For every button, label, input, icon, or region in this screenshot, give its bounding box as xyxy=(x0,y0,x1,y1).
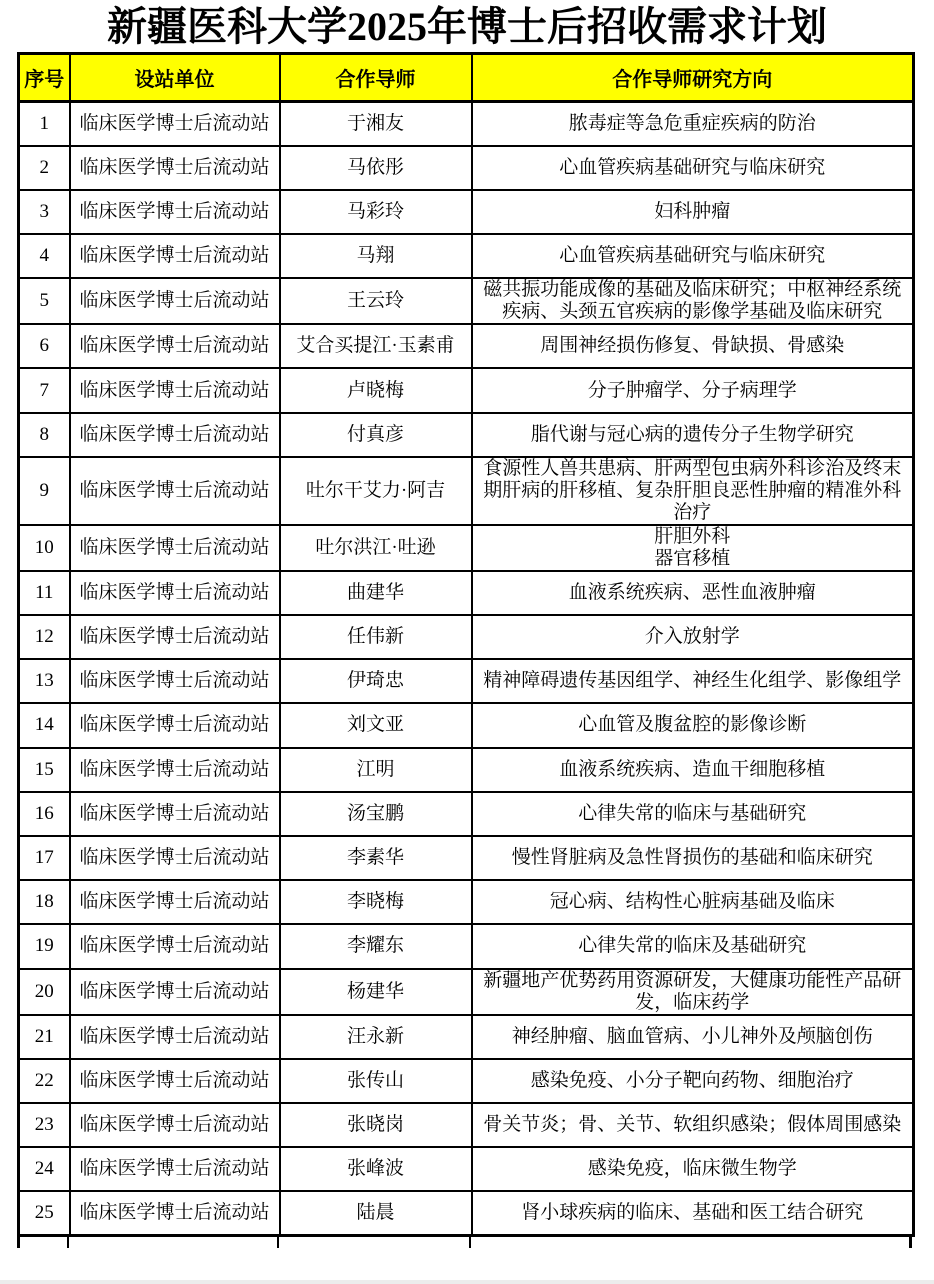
page-title: 新疆医科大学2025年博士后招收需求计划 xyxy=(0,0,934,50)
table-row: 12 临床医学博士后流动站 任伟新 介入放射学 xyxy=(19,615,914,659)
table-row: 19 临床医学博士后流动站 李耀东 心律失常的临床及基础研究 xyxy=(19,924,914,968)
row-number-cell: 5 xyxy=(19,278,70,324)
mentor-cell: 陆晨 xyxy=(280,1191,472,1235)
research-direction-cell: 食源性人兽共患病、肝两型包虫病外科诊治及终末期肝病的肝移植、复杂肝胆良恶性肿瘤的… xyxy=(472,457,914,525)
table-body: 1 临床医学博士后流动站 于湘友 脓毒症等急危重症疾病的防治 2 临床医学博士后… xyxy=(19,102,914,1236)
station-unit-cell: 临床医学博士后流动站 xyxy=(70,1147,280,1191)
station-unit-cell: 临床医学博士后流动站 xyxy=(70,190,280,234)
table-row: 10 临床医学博士后流动站 吐尔洪江·吐逊 肝胆外科 器官移植 xyxy=(19,525,914,571)
station-unit-cell: 临床医学博士后流动站 xyxy=(70,525,280,571)
next-row-partial xyxy=(17,1237,912,1248)
row-number-cell: 21 xyxy=(19,1015,70,1059)
research-direction-cell: 妇科肿瘤 xyxy=(472,190,914,234)
mentor-cell: 吐尔洪江·吐逊 xyxy=(280,525,472,571)
table-row: 21 临床医学博士后流动站 汪永新 神经肿瘤、脑血管病、小儿神外及颅脑创伤 xyxy=(19,1015,914,1059)
station-unit-cell: 临床医学博士后流动站 xyxy=(70,324,280,368)
table-left-border-stub xyxy=(17,1237,20,1248)
mentor-cell: 刘文亚 xyxy=(280,703,472,747)
mentor-cell: 张晓岗 xyxy=(280,1103,472,1147)
station-unit-cell: 临床医学博士后流动站 xyxy=(70,969,280,1015)
station-unit-cell: 临床医学博士后流动站 xyxy=(70,1103,280,1147)
mentor-cell: 李素华 xyxy=(280,836,472,880)
mentor-cell: 卢晓梅 xyxy=(280,368,472,412)
mentor-cell: 汪永新 xyxy=(280,1015,472,1059)
row-number-cell: 19 xyxy=(19,924,70,968)
row-number-cell: 15 xyxy=(19,748,70,792)
research-direction-cell: 肾小球疾病的临床、基础和医工结合研究 xyxy=(472,1191,914,1235)
row-number-cell: 7 xyxy=(19,368,70,412)
row-number-cell: 10 xyxy=(19,525,70,571)
row-number-cell: 20 xyxy=(19,969,70,1015)
header-row: 序号 设站单位 合作导师 合作导师研究方向 xyxy=(19,54,914,102)
row-number-cell: 9 xyxy=(19,457,70,525)
column-header-direction: 合作导师研究方向 xyxy=(472,54,914,102)
research-direction-cell: 心血管及腹盆腔的影像诊断 xyxy=(472,703,914,747)
research-direction-cell: 脂代谢与冠心病的遗传分子生物学研究 xyxy=(472,413,914,457)
table-row: 7 临床医学博士后流动站 卢晓梅 分子肿瘤学、分子病理学 xyxy=(19,368,914,412)
row-number-cell: 6 xyxy=(19,324,70,368)
mentor-cell: 伊琦忠 xyxy=(280,659,472,703)
row-number-cell: 8 xyxy=(19,413,70,457)
mentor-cell: 汤宝鹏 xyxy=(280,792,472,836)
mentor-cell: 李晓梅 xyxy=(280,880,472,924)
table-row: 18 临床医学博士后流动站 李晓梅 冠心病、结构性心脏病基础及临床 xyxy=(19,880,914,924)
row-number-cell: 4 xyxy=(19,234,70,278)
mentor-cell: 任伟新 xyxy=(280,615,472,659)
mentor-cell: 马翔 xyxy=(280,234,472,278)
table-row: 11 临床医学博士后流动站 曲建华 血液系统疾病、恶性血液肿瘤 xyxy=(19,571,914,615)
station-unit-cell: 临床医学博士后流动站 xyxy=(70,659,280,703)
row-number-cell: 18 xyxy=(19,880,70,924)
table-row: 8 临床医学博士后流动站 付真彦 脂代谢与冠心病的遗传分子生物学研究 xyxy=(19,413,914,457)
mentor-cell: 马依彤 xyxy=(280,146,472,190)
station-unit-cell: 临床医学博士后流动站 xyxy=(70,413,280,457)
station-unit-cell: 临床医学博士后流动站 xyxy=(70,1191,280,1235)
table-row: 13 临床医学博士后流动站 伊琦忠 精神障碍遗传基因组学、神经生化组学、影像组学 xyxy=(19,659,914,703)
station-unit-cell: 临床医学博士后流动站 xyxy=(70,615,280,659)
research-direction-cell: 周围神经损伤修复、骨缺损、骨感染 xyxy=(472,324,914,368)
column-divider-stub xyxy=(67,1237,69,1248)
mentor-cell: 杨建华 xyxy=(280,969,472,1015)
page-bottom-edge xyxy=(0,1280,934,1284)
column-divider-stub xyxy=(277,1237,279,1248)
research-direction-cell: 分子肿瘤学、分子病理学 xyxy=(472,368,914,412)
research-direction-cell: 骨关节炎；骨、关节、软组织感染；假体周围感染 xyxy=(472,1103,914,1147)
row-number-cell: 11 xyxy=(19,571,70,615)
research-direction-cell: 心血管疾病基础研究与临床研究 xyxy=(472,234,914,278)
station-unit-cell: 临床医学博士后流动站 xyxy=(70,234,280,278)
table-row: 17 临床医学博士后流动站 李素华 慢性肾脏病及急性肾损伤的基础和临床研究 xyxy=(19,836,914,880)
research-direction-cell: 冠心病、结构性心脏病基础及临床 xyxy=(472,880,914,924)
column-header-mentor: 合作导师 xyxy=(280,54,472,102)
column-header-no: 序号 xyxy=(19,54,70,102)
station-unit-cell: 临床医学博士后流动站 xyxy=(70,571,280,615)
station-unit-cell: 临床医学博士后流动站 xyxy=(70,278,280,324)
research-direction-cell: 新疆地产优势药用资源研发，大健康功能性产品研发，临床药学 xyxy=(472,969,914,1015)
research-direction-cell: 脓毒症等急危重症疾病的防治 xyxy=(472,102,914,146)
station-unit-cell: 临床医学博士后流动站 xyxy=(70,146,280,190)
table-row: 5 临床医学博士后流动站 王云玲 磁共振功能成像的基础及临床研究；中枢神经系统疾… xyxy=(19,278,914,324)
research-direction-cell: 肝胆外科 器官移植 xyxy=(472,525,914,571)
mentor-cell: 王云玲 xyxy=(280,278,472,324)
row-number-cell: 2 xyxy=(19,146,70,190)
station-unit-cell: 临床医学博士后流动站 xyxy=(70,792,280,836)
research-direction-cell: 血液系统疾病、恶性血液肿瘤 xyxy=(472,571,914,615)
research-direction-cell: 血液系统疾病、造血干细胞移植 xyxy=(472,748,914,792)
station-unit-cell: 临床医学博士后流动站 xyxy=(70,368,280,412)
row-number-cell: 17 xyxy=(19,836,70,880)
research-direction-cell: 精神障碍遗传基因组学、神经生化组学、影像组学 xyxy=(472,659,914,703)
research-direction-cell: 慢性肾脏病及急性肾损伤的基础和临床研究 xyxy=(472,836,914,880)
row-number-cell: 14 xyxy=(19,703,70,747)
row-number-cell: 24 xyxy=(19,1147,70,1191)
column-header-unit: 设站单位 xyxy=(70,54,280,102)
row-number-cell: 23 xyxy=(19,1103,70,1147)
table-row: 1 临床医学博士后流动站 于湘友 脓毒症等急危重症疾病的防治 xyxy=(19,102,914,146)
mentor-cell: 李耀东 xyxy=(280,924,472,968)
mentor-cell: 吐尔干艾力·阿吉 xyxy=(280,457,472,525)
table-right-border-stub xyxy=(909,1237,912,1248)
table-row: 23 临床医学博士后流动站 张晓岗 骨关节炎；骨、关节、软组织感染；假体周围感染 xyxy=(19,1103,914,1147)
station-unit-cell: 临床医学博士后流动站 xyxy=(70,748,280,792)
table-row: 2 临床医学博士后流动站 马依彤 心血管疾病基础研究与临床研究 xyxy=(19,146,914,190)
station-unit-cell: 临床医学博士后流动站 xyxy=(70,1059,280,1103)
table-row: 9 临床医学博士后流动站 吐尔干艾力·阿吉 食源性人兽共患病、肝两型包虫病外科诊… xyxy=(19,457,914,525)
station-unit-cell: 临床医学博士后流动站 xyxy=(70,703,280,747)
table-row: 4 临床医学博士后流动站 马翔 心血管疾病基础研究与临床研究 xyxy=(19,234,914,278)
mentor-cell: 付真彦 xyxy=(280,413,472,457)
station-unit-cell: 临床医学博士后流动站 xyxy=(70,924,280,968)
table-row: 25 临床医学博士后流动站 陆晨 肾小球疾病的临床、基础和医工结合研究 xyxy=(19,1191,914,1235)
row-number-cell: 12 xyxy=(19,615,70,659)
table-row: 3 临床医学博士后流动站 马彩玲 妇科肿瘤 xyxy=(19,190,914,234)
research-direction-cell: 心律失常的临床与基础研究 xyxy=(472,792,914,836)
row-number-cell: 25 xyxy=(19,1191,70,1235)
station-unit-cell: 临床医学博士后流动站 xyxy=(70,102,280,146)
research-direction-cell: 感染免疫、小分子靶向药物、细胞治疗 xyxy=(472,1059,914,1103)
table-row: 22 临床医学博士后流动站 张传山 感染免疫、小分子靶向药物、细胞治疗 xyxy=(19,1059,914,1103)
mentor-cell: 曲建华 xyxy=(280,571,472,615)
research-direction-cell: 心律失常的临床及基础研究 xyxy=(472,924,914,968)
mentor-cell: 张峰波 xyxy=(280,1147,472,1191)
recruitment-table: 序号 设站单位 合作导师 合作导师研究方向 1 临床医学博士后流动站 于湘友 脓… xyxy=(17,52,915,1237)
mentor-cell: 江明 xyxy=(280,748,472,792)
row-number-cell: 22 xyxy=(19,1059,70,1103)
mentor-cell: 艾合买提江·玉素甫 xyxy=(280,324,472,368)
mentor-cell: 张传山 xyxy=(280,1059,472,1103)
station-unit-cell: 临床医学博士后流动站 xyxy=(70,836,280,880)
row-number-cell: 13 xyxy=(19,659,70,703)
station-unit-cell: 临床医学博士后流动站 xyxy=(70,880,280,924)
research-direction-cell: 神经肿瘤、脑血管病、小儿神外及颅脑创伤 xyxy=(472,1015,914,1059)
research-direction-cell: 磁共振功能成像的基础及临床研究；中枢神经系统疾病、头颈五官疾病的影像学基础及临床… xyxy=(472,278,914,324)
table-row: 24 临床医学博士后流动站 张峰波 感染免疫，临床微生物学 xyxy=(19,1147,914,1191)
mentor-cell: 于湘友 xyxy=(280,102,472,146)
table-row: 20 临床医学博士后流动站 杨建华 新疆地产优势药用资源研发，大健康功能性产品研… xyxy=(19,969,914,1015)
table-row: 15 临床医学博士后流动站 江明 血液系统疾病、造血干细胞移植 xyxy=(19,748,914,792)
mentor-cell: 马彩玲 xyxy=(280,190,472,234)
research-direction-cell: 感染免疫，临床微生物学 xyxy=(472,1147,914,1191)
table-row: 16 临床医学博士后流动站 汤宝鹏 心律失常的临床与基础研究 xyxy=(19,792,914,836)
station-unit-cell: 临床医学博士后流动站 xyxy=(70,457,280,525)
research-direction-cell: 心血管疾病基础研究与临床研究 xyxy=(472,146,914,190)
research-direction-cell: 介入放射学 xyxy=(472,615,914,659)
table-row: 6 临床医学博士后流动站 艾合买提江·玉素甫 周围神经损伤修复、骨缺损、骨感染 xyxy=(19,324,914,368)
station-unit-cell: 临床医学博士后流动站 xyxy=(70,1015,280,1059)
row-number-cell: 16 xyxy=(19,792,70,836)
table-row: 14 临床医学博士后流动站 刘文亚 心血管及腹盆腔的影像诊断 xyxy=(19,703,914,747)
column-divider-stub xyxy=(469,1237,471,1248)
row-number-cell: 1 xyxy=(19,102,70,146)
row-number-cell: 3 xyxy=(19,190,70,234)
